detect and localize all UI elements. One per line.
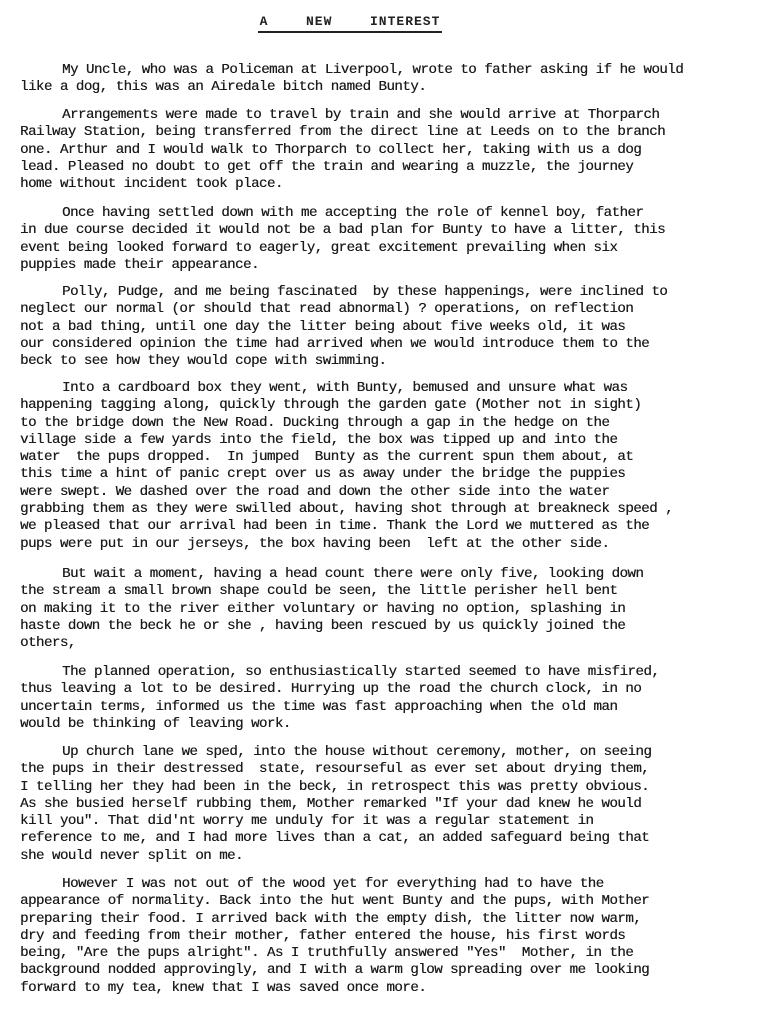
text-line: background nodded approvingly, and I wit… — [20, 962, 760, 979]
text-line: one. Arthur and I would walk to Thorparc… — [20, 142, 760, 159]
text-line: But wait a moment, having a head count t… — [20, 566, 760, 583]
text-line: the pups in their destressed state, reso… — [20, 761, 760, 778]
text-line: thus leaving a lot to be desired. Hurryi… — [20, 681, 760, 698]
text-line: forward to my tea, knew that I was saved… — [20, 980, 760, 997]
text-line: Once having settled down with me accepti… — [20, 205, 760, 222]
paragraph: My Uncle, who was a Policeman at Liverpo… — [20, 62, 760, 97]
paragraph: Into a cardboard box they went, with Bun… — [20, 380, 760, 553]
text-line: preparing their food. I arrived back wit… — [20, 911, 760, 928]
text-line: neglect our normal (or should that read … — [20, 301, 760, 318]
text-line: Railway Station, being transferred from … — [20, 124, 760, 141]
text-line: to the bridge down the New Road. Ducking… — [20, 415, 760, 432]
text-line: haste down the beck he or she , having b… — [20, 618, 760, 635]
paragraph: But wait a moment, having a head count t… — [20, 566, 760, 652]
paragraph: The planned operation, so enthusiastical… — [20, 664, 760, 733]
text-line: grabbing them as they were swilled about… — [20, 501, 760, 518]
text-line: reference to me, and I had more lives th… — [20, 830, 760, 847]
text-line: pups were put in our jerseys, the box ha… — [20, 536, 760, 553]
text-line: our considered opinion the time had arri… — [20, 336, 760, 353]
text-line: were swept. We dashed over the road and … — [20, 484, 760, 501]
document-page: A NEW INTEREST My Uncle, who was a Polic… — [0, 0, 768, 1015]
text-line: water the pups dropped. In jumped Bunty … — [20, 449, 760, 466]
text-line: appearance of normality. Back into the h… — [20, 893, 760, 910]
text-line: kill you". That did'nt worry me unduly f… — [20, 813, 760, 830]
paragraph: However I was not out of the wood yet fo… — [20, 876, 760, 997]
text-line: Into a cardboard box they went, with Bun… — [20, 380, 760, 397]
text-line: being, "Are the pups alright". As I trut… — [20, 945, 760, 962]
text-line: puppies made their appearance. — [20, 257, 760, 274]
text-line: Arrangements were made to travel by trai… — [20, 107, 760, 124]
paragraph: Once having settled down with me accepti… — [20, 205, 760, 274]
text-line: others, — [20, 635, 760, 652]
text-line: lead. Pleased no doubt to get off the tr… — [20, 159, 760, 176]
text-line: Polly, Pudge, and me being fascinated by… — [20, 284, 760, 301]
text-line: on making it to the river either volunta… — [20, 601, 760, 618]
document-title: A NEW INTEREST — [258, 14, 442, 33]
text-line: happening tagging along, quickly through… — [20, 397, 760, 414]
paragraph: Up church lane we sped, into the house w… — [20, 744, 760, 865]
text-line: we pleased that our arrival had been in … — [20, 518, 760, 535]
text-line: would be thinking of leaving work. — [20, 716, 760, 733]
text-line: she would never split on me. — [20, 848, 760, 865]
text-line: Up church lane we sped, into the house w… — [20, 744, 760, 761]
text-line: this time a hint of panic crept over us … — [20, 466, 760, 483]
text-line: in due course decided it would not be a … — [20, 222, 760, 239]
text-line: However I was not out of the wood yet fo… — [20, 876, 760, 893]
text-line: village side a few yards into the field,… — [20, 432, 760, 449]
text-line: dry and feeding from their mother, fathe… — [20, 928, 760, 945]
text-line: home without incident took place. — [20, 176, 760, 193]
text-line: event being looked forward to eagerly, g… — [20, 240, 760, 257]
text-line: like a dog, this was an Airedale bitch n… — [20, 79, 760, 96]
text-line: I telling her they had been in the beck,… — [20, 779, 760, 796]
text-line: As she busied herself rubbing them, Moth… — [20, 796, 760, 813]
paragraph: Arrangements were made to travel by trai… — [20, 107, 760, 193]
text-line: uncertain terms, informed us the time wa… — [20, 699, 760, 716]
text-line: not a bad thing, until one day the litte… — [20, 319, 760, 336]
text-line: The planned operation, so enthusiastical… — [20, 664, 760, 681]
text-line: the stream a small brown shape could be … — [20, 583, 760, 600]
paragraph: Polly, Pudge, and me being fascinated by… — [20, 284, 760, 370]
text-line: My Uncle, who was a Policeman at Liverpo… — [20, 62, 760, 79]
text-line: beck to see how they would cope with swi… — [20, 353, 760, 370]
